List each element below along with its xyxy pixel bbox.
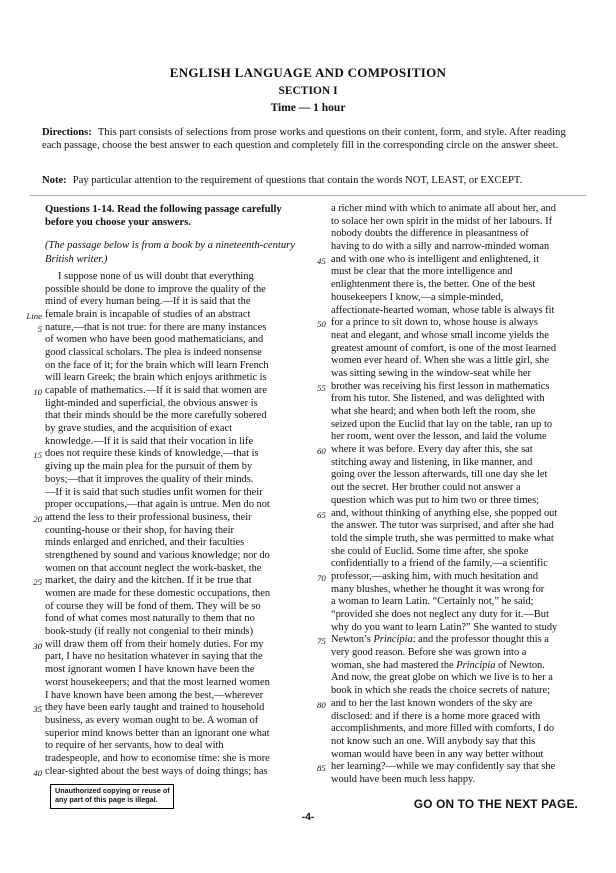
passage-line-text: would have been much less happy. bbox=[331, 774, 475, 787]
passage-line: many blushes, whether he thought it was … bbox=[317, 584, 601, 597]
passage-line: stitching away and listening, in like ma… bbox=[317, 457, 601, 470]
passage-line: 15does not require these kinds of knowle… bbox=[18, 448, 304, 461]
line-number: 35 bbox=[18, 702, 42, 715]
line-number: 75 bbox=[317, 634, 328, 647]
passage-line: seized upon the Euclid that lay on the t… bbox=[317, 419, 601, 432]
passage-line-text: business, as every woman ought to be. A … bbox=[45, 715, 258, 728]
passage-line: giving up the main plea for the pursuit … bbox=[18, 461, 304, 474]
line-number: 20 bbox=[18, 512, 42, 525]
line-number bbox=[18, 677, 42, 690]
passage-line-text: most ignorant women I have known have be… bbox=[45, 664, 255, 677]
line-number bbox=[18, 410, 42, 423]
passage-line-text: very good reason. Before she was grown i… bbox=[331, 647, 526, 660]
line-number: 60 bbox=[317, 444, 328, 457]
passage-line-text: worst housekeepers; and that the most le… bbox=[45, 677, 270, 690]
passage-right-column: a richer mind with which to animate all … bbox=[317, 203, 601, 787]
line-number bbox=[317, 749, 328, 762]
passage-line-text: her room, went over the lesson, and laid… bbox=[331, 431, 547, 444]
passage-line: counting-house or their shop, for having… bbox=[18, 525, 304, 538]
line-number bbox=[317, 660, 328, 673]
passage-line: 50for a prince to sit down to, whose hou… bbox=[317, 317, 601, 330]
passage-line: what she heard; and when both left the r… bbox=[317, 406, 601, 419]
passage-line-text: does not require these kinds of knowledg… bbox=[45, 448, 259, 461]
line-number: 15 bbox=[18, 448, 42, 461]
passage-line: on the face of it; for the brain which w… bbox=[18, 360, 304, 373]
passage-line: superior mind knows better than an ignor… bbox=[18, 728, 304, 741]
passage-line-text: to solace her own spirit in the midst of… bbox=[331, 216, 552, 229]
line-number bbox=[317, 355, 328, 368]
line-number bbox=[317, 292, 328, 305]
passage-line: will learn Greek; the brain which enjoys… bbox=[18, 372, 304, 385]
line-number bbox=[18, 753, 42, 766]
passage-line-text: Newton’s Principia: and the professor th… bbox=[331, 634, 549, 647]
passage-line: disclosed: and if there is a home more g… bbox=[317, 711, 601, 724]
passage-line-text: accomplishments, and more filled with co… bbox=[331, 723, 554, 736]
passage-line-text: they have been early taught and trained … bbox=[45, 702, 264, 715]
passage-line-text: capable of mathematics.—If it is said th… bbox=[45, 385, 267, 398]
line-number: 25 bbox=[18, 575, 42, 588]
passage-line-text: out the secret. Her brother could not an… bbox=[331, 482, 521, 495]
passage-line: 30will draw them off from their homely d… bbox=[18, 639, 304, 652]
line-number bbox=[317, 558, 328, 571]
line-number bbox=[18, 740, 42, 753]
line-number bbox=[317, 469, 328, 482]
line-number: 85 bbox=[317, 761, 328, 774]
passage-line: not know such an one. Will anybody say t… bbox=[317, 736, 601, 749]
line-number bbox=[18, 613, 42, 626]
passage-line-text: housekeepers I know,—a simple-minded, bbox=[331, 292, 503, 305]
line-number bbox=[317, 241, 328, 254]
line-number bbox=[317, 279, 328, 292]
passage-line-text: having to do with a silly and narrow-min… bbox=[331, 241, 549, 254]
passage-line-text: was sitting sewing in the window-seat wh… bbox=[331, 368, 531, 381]
passage-line: why do you want to learn Latin?” She wan… bbox=[317, 622, 601, 635]
line-number bbox=[317, 216, 328, 229]
passage-line-text: I suppose none of us will doubt that eve… bbox=[45, 271, 254, 284]
line-number bbox=[317, 736, 328, 749]
passage-line-text: knowledge.—If it is said that their voca… bbox=[45, 436, 253, 449]
passage-line-text: women ever heard of. When she was a litt… bbox=[331, 355, 549, 368]
line-number: 10 bbox=[18, 385, 42, 398]
passage-line-text: by grave studies, and the acquisition of… bbox=[45, 423, 232, 436]
passage-line: confidentially to a friend of the family… bbox=[317, 558, 601, 571]
passage-line: would have been much less happy. bbox=[317, 774, 601, 787]
passage-line-text: enlightenment there is, the better. One … bbox=[331, 279, 535, 292]
passage-line: business, as every woman ought to be. A … bbox=[18, 715, 304, 728]
line-number bbox=[18, 334, 42, 347]
passage-line-text: seized upon the Euclid that lay on the t… bbox=[331, 419, 552, 432]
note-label: Note: bbox=[42, 175, 67, 186]
passage-line: affectionate-hearted woman, whose table … bbox=[317, 305, 601, 318]
line-number bbox=[18, 651, 42, 664]
line-number bbox=[317, 596, 328, 609]
passage-line-text: stitching away and listening, in like ma… bbox=[331, 457, 532, 470]
exam-title: ENGLISH LANGUAGE AND COMPOSITION bbox=[0, 66, 616, 79]
passage-line: —If it is said that such studies unfit w… bbox=[18, 487, 304, 500]
line-number: 30 bbox=[18, 639, 42, 652]
passage-line-text: brother was receiving his first lesson i… bbox=[331, 381, 549, 394]
passage-line-text: a richer mind with which to animate all … bbox=[331, 203, 556, 216]
passage-line: book-study (if really not congenial to t… bbox=[18, 626, 304, 639]
line-number bbox=[317, 774, 328, 787]
line-number bbox=[317, 266, 328, 279]
passage-line-text: to require of her servants, how to deal … bbox=[45, 740, 224, 753]
line-number bbox=[317, 305, 328, 318]
passage-line-text: counting-house or their shop, for having… bbox=[45, 525, 234, 538]
line-number bbox=[317, 406, 328, 419]
page-number: -4- bbox=[0, 811, 616, 823]
copyright-notice: Unauthorized copying or reuse of any par… bbox=[50, 784, 174, 809]
line-number: 55 bbox=[317, 381, 328, 394]
line-number: 80 bbox=[317, 698, 328, 711]
passage-line: the answer. The tutor was surprised, and… bbox=[317, 520, 601, 533]
go-on-instruction: GO ON TO THE NEXT PAGE. bbox=[414, 797, 578, 811]
line-word-label: Line bbox=[18, 309, 42, 322]
passage-line-text: will learn Greek; the brain which enjoys… bbox=[45, 372, 267, 385]
line-number bbox=[317, 672, 328, 685]
line-number bbox=[317, 609, 328, 622]
passage-line: proper occupations,—that again is untrue… bbox=[18, 499, 304, 512]
passage-line: Linefemale brain is incapable of studies… bbox=[18, 309, 304, 322]
line-number bbox=[18, 550, 42, 563]
passage-line: 5nature,—that is not true: for there are… bbox=[18, 322, 304, 335]
passage-line: having to do with a silly and narrow-min… bbox=[317, 241, 601, 254]
line-number bbox=[18, 436, 42, 449]
passage-line-text: woman, she had mastered the Principia of… bbox=[331, 660, 545, 673]
directions-text: This part consists of selections from pr… bbox=[42, 127, 566, 151]
line-number bbox=[18, 601, 42, 614]
passage-line: out the secret. Her brother could not an… bbox=[317, 482, 601, 495]
passage-line: 75Newton’s Principia: and the professor … bbox=[317, 634, 601, 647]
passage-lines-right: a richer mind with which to animate all … bbox=[317, 203, 601, 787]
passage-line: good classical scholars. The plea is ind… bbox=[18, 347, 304, 360]
passage-line-text: market, the dairy and the kitchen. If it… bbox=[45, 575, 252, 588]
passage-line-text: “provided she does not neglect any duty … bbox=[331, 609, 549, 622]
passage-line-text: why do you want to learn Latin?” She wan… bbox=[331, 622, 557, 635]
line-number: 65 bbox=[317, 508, 328, 521]
passage-line: book in which she reads the choice secre… bbox=[317, 685, 601, 698]
passage-line: going over the lesson afterwards, till o… bbox=[317, 469, 601, 482]
exam-page: ENGLISH LANGUAGE AND COMPOSITION SECTION… bbox=[0, 0, 616, 873]
passage-line-text: question which was put to him two or thr… bbox=[331, 495, 539, 508]
line-number bbox=[18, 588, 42, 601]
passage-line: very good reason. Before she was grown i… bbox=[317, 647, 601, 660]
passage-line: from his tutor. She listened, and was de… bbox=[317, 393, 601, 406]
passage-line-text: I have known have been among the best,—w… bbox=[45, 690, 263, 703]
passage-line: knowledge.—If it is said that their voca… bbox=[18, 436, 304, 449]
directions-label: Directions: bbox=[42, 127, 92, 138]
passage-line-text: professor,—asking him, with much hesitat… bbox=[331, 571, 538, 584]
passage-lines-left: I suppose none of us will doubt that eve… bbox=[18, 271, 304, 779]
passage-left-column: Questions 1-14. Read the following passa… bbox=[18, 203, 304, 778]
line-number bbox=[317, 419, 328, 432]
passage-line: light-minded and superficial, the obviou… bbox=[18, 398, 304, 411]
passage-line-text: and, without thinking of anything else, … bbox=[331, 508, 557, 521]
passage-line: I have known have been among the best,—w… bbox=[18, 690, 304, 703]
passage-line-text: tradespeople, and how to economise time:… bbox=[45, 753, 270, 766]
passage-line-text: boys;—that it improves the quality of th… bbox=[45, 474, 253, 487]
passage-line-text: a woman to learn Latin. “Certainly not,”… bbox=[331, 596, 534, 609]
line-number bbox=[317, 393, 328, 406]
passage-line: fond of what comes most naturally to the… bbox=[18, 613, 304, 626]
passage-line-text: women are made for these domestic occupa… bbox=[45, 588, 270, 601]
line-number bbox=[18, 360, 42, 373]
passage-line: was sitting sewing in the window-seat wh… bbox=[317, 368, 601, 381]
passage-line-text: many blushes, whether he thought it was … bbox=[331, 584, 544, 597]
passage-line: of course they will be fond of them. The… bbox=[18, 601, 304, 614]
passage-line-text: nobody doubts the difference in pleasant… bbox=[331, 228, 529, 241]
passage-line-text: woman would have been in any way better … bbox=[331, 749, 543, 762]
passage-line-text: affectionate-hearted woman, whose table … bbox=[331, 305, 554, 318]
section-heading: SECTION I bbox=[0, 85, 616, 97]
line-number bbox=[18, 563, 42, 576]
passage-line-text: mind of every human being.—If it is said… bbox=[45, 296, 250, 309]
line-number bbox=[18, 537, 42, 550]
passage-line: 45and with one who is intelligent and en… bbox=[317, 254, 601, 267]
passage-line: woman would have been in any way better … bbox=[317, 749, 601, 762]
passage-line: minds enlarged and enriched, and their f… bbox=[18, 537, 304, 550]
line-number bbox=[317, 203, 328, 216]
passage-line-text: attend the less to their professional bu… bbox=[45, 512, 252, 525]
divider-rule bbox=[30, 195, 586, 196]
passage-line-text: told the simple truth, she was permitted… bbox=[331, 533, 554, 546]
passage-line: accomplishments, and more filled with co… bbox=[317, 723, 601, 736]
passage-line: she could of Euclid. Some time after, sh… bbox=[317, 546, 601, 559]
passage-line: “provided she does not neglect any duty … bbox=[317, 609, 601, 622]
passage-line: boys;—that it improves the quality of th… bbox=[18, 474, 304, 487]
passage-line-text: strengthened by sound and various knowle… bbox=[45, 550, 270, 563]
passage-line: worst housekeepers; and that the most le… bbox=[18, 677, 304, 690]
passage-line-text: fond of what comes most naturally to the… bbox=[45, 613, 255, 626]
line-number: 5 bbox=[18, 322, 42, 335]
line-number bbox=[18, 690, 42, 703]
passage-line-text: she could of Euclid. Some time after, sh… bbox=[331, 546, 529, 559]
passage-line: to solace her own spirit in the midst of… bbox=[317, 216, 601, 229]
line-number bbox=[317, 330, 328, 343]
line-number bbox=[317, 431, 328, 444]
passage-line-text: giving up the main plea for the pursuit … bbox=[45, 461, 252, 474]
passage-line: question which was put to him two or thr… bbox=[317, 495, 601, 508]
passage-line: part, I have no hesitation whatever in s… bbox=[18, 651, 304, 664]
passage-line-text: —If it is said that such studies unfit w… bbox=[45, 487, 263, 500]
passage-line-text: what she heard; and when both left the r… bbox=[331, 406, 535, 419]
passage-line-text: the answer. The tutor was surprised, and… bbox=[331, 520, 554, 533]
passage-line-text: disclosed: and if there is a home more g… bbox=[331, 711, 540, 724]
line-number bbox=[18, 626, 42, 639]
passage-line: 40clear-sighted about the best ways of d… bbox=[18, 766, 304, 779]
line-number: 40 bbox=[18, 766, 42, 779]
passage-line-text: part, I have no hesitation whatever in s… bbox=[45, 651, 263, 664]
passage-line-text: that their minds should be the more care… bbox=[45, 410, 267, 423]
passage-line: women ever heard of. When she was a litt… bbox=[317, 355, 601, 368]
page-header: ENGLISH LANGUAGE AND COMPOSITION SECTION… bbox=[0, 66, 616, 114]
passage-line: possible should be done to improve the q… bbox=[18, 284, 304, 297]
passage-line-text: proper occupations,—that again is untrue… bbox=[45, 499, 270, 512]
passage-line-text: must be clear that the more intelligence… bbox=[331, 266, 512, 279]
passage-line: told the simple truth, she was permitted… bbox=[317, 533, 601, 546]
passage-line-text: neat and elegant, and whose small income… bbox=[331, 330, 549, 343]
time-allotment: Time — 1 hour bbox=[0, 102, 616, 114]
source-note: (The passage below is from a book by a n… bbox=[45, 239, 297, 265]
passage-line-text: on the face of it; for the brain which w… bbox=[45, 360, 269, 373]
line-number bbox=[317, 520, 328, 533]
passage-line: 85her learning?—while we may confidently… bbox=[317, 761, 601, 774]
passage-line: 65and, without thinking of anything else… bbox=[317, 508, 601, 521]
passage-line: 25market, the dairy and the kitchen. If … bbox=[18, 575, 304, 588]
line-number bbox=[18, 487, 42, 500]
passage-line: women on that account neglect the work-b… bbox=[18, 563, 304, 576]
line-number bbox=[317, 584, 328, 597]
passage-line-text: book-study (if really not congenial to t… bbox=[45, 626, 253, 639]
passage-line-text: of course they will be fond of them. The… bbox=[45, 601, 261, 614]
passage-line: that their minds should be the more care… bbox=[18, 410, 304, 423]
passage-line-text: greatest amount of comfort, is one of th… bbox=[331, 343, 556, 356]
passage-line: tradespeople, and how to economise time:… bbox=[18, 753, 304, 766]
passage-line: 80and to her the last known wonders of t… bbox=[317, 698, 601, 711]
note-text: Pay particular attention to the requirem… bbox=[73, 175, 523, 186]
line-number bbox=[317, 546, 328, 559]
passage-line: greatest amount of comfort, is one of th… bbox=[317, 343, 601, 356]
line-number bbox=[18, 525, 42, 538]
line-number bbox=[18, 474, 42, 487]
passage-line: And now, the great globe on which we liv… bbox=[317, 672, 601, 685]
passage-line: 10capable of mathematics.—If it is said … bbox=[18, 385, 304, 398]
passage-line-text: And now, the great globe on which we liv… bbox=[331, 672, 553, 685]
line-number bbox=[18, 664, 42, 677]
passage-line-text: and to her the last known wonders of the… bbox=[331, 698, 532, 711]
passage-line: by grave studies, and the acquisition of… bbox=[18, 423, 304, 436]
passage-line-text: of women who have been good mathematicia… bbox=[45, 334, 263, 347]
passage-line: nobody doubts the difference in pleasant… bbox=[317, 228, 601, 241]
passage-line: enlightenment there is, the better. One … bbox=[317, 279, 601, 292]
line-number bbox=[18, 296, 42, 309]
line-number bbox=[18, 715, 42, 728]
line-number bbox=[18, 372, 42, 385]
line-number bbox=[317, 495, 328, 508]
passage-line: of women who have been good mathematicia… bbox=[18, 334, 304, 347]
passage-line-text: possible should be done to improve the q… bbox=[45, 284, 266, 297]
passage-line-text: where it was before. Every day after thi… bbox=[331, 444, 533, 457]
line-number bbox=[317, 533, 328, 546]
passage-line: neat and elegant, and whose small income… bbox=[317, 330, 601, 343]
passage-line: strengthened by sound and various knowle… bbox=[18, 550, 304, 563]
passage-line: 55brother was receiving his first lesson… bbox=[317, 381, 601, 394]
line-number bbox=[317, 685, 328, 698]
line-number bbox=[18, 728, 42, 741]
passage-line-text: good classical scholars. The plea is ind… bbox=[45, 347, 262, 360]
passage-line: 35they have been early taught and traine… bbox=[18, 702, 304, 715]
passage-line-text: her learning?—while we may confidently s… bbox=[331, 761, 555, 774]
passage-line: a woman to learn Latin. “Certainly not,”… bbox=[317, 596, 601, 609]
line-number: 70 bbox=[317, 571, 328, 584]
line-number bbox=[18, 271, 42, 284]
passage-line: mind of every human being.—If it is said… bbox=[18, 296, 304, 309]
note-paragraph: Note:Pay particular attention to the req… bbox=[42, 174, 576, 187]
line-number: 50 bbox=[317, 317, 328, 330]
passage-line: must be clear that the more intelligence… bbox=[317, 266, 601, 279]
passage-line-text: from his tutor. She listened, and was de… bbox=[331, 393, 545, 406]
line-number bbox=[18, 398, 42, 411]
line-number bbox=[317, 457, 328, 470]
passage-line-text: and with one who is intelligent and enli… bbox=[331, 254, 539, 267]
passage-line-text: nature,—that is not true: for there are … bbox=[45, 322, 266, 335]
passage-line-text: not know such an one. Will anybody say t… bbox=[331, 736, 535, 749]
passage-line: 70professor,—asking him, with much hesit… bbox=[317, 571, 601, 584]
passage-line: her room, went over the lesson, and laid… bbox=[317, 431, 601, 444]
copyright-text: Unauthorized copying or reuse of any par… bbox=[55, 786, 170, 804]
passage-line-text: will draw them off from their homely dut… bbox=[45, 639, 264, 652]
passage-line-text: superior mind knows better than an ignor… bbox=[45, 728, 270, 741]
passage-line-text: minds enlarged and enriched, and their f… bbox=[45, 537, 244, 550]
line-number bbox=[317, 723, 328, 736]
line-number bbox=[18, 423, 42, 436]
questions-heading: Questions 1-14. Read the following passa… bbox=[45, 203, 297, 229]
line-number bbox=[317, 711, 328, 724]
line-number bbox=[18, 347, 42, 360]
line-number bbox=[317, 368, 328, 381]
passage-line: 60where it was before. Every day after t… bbox=[317, 444, 601, 457]
passage-line: housekeepers I know,—a simple-minded, bbox=[317, 292, 601, 305]
passage-line: to require of her servants, how to deal … bbox=[18, 740, 304, 753]
line-number bbox=[18, 284, 42, 297]
passage-line: women are made for these domestic occupa… bbox=[18, 588, 304, 601]
passage-line-text: female brain is incapable of studies of … bbox=[45, 309, 250, 322]
line-number bbox=[317, 647, 328, 660]
passage-line-text: confidentially to a friend of the family… bbox=[331, 558, 548, 571]
line-number bbox=[317, 343, 328, 356]
passage-line: woman, she had mastered the Principia of… bbox=[317, 660, 601, 673]
line-number bbox=[317, 482, 328, 495]
passage-line-text: clear-sighted about the best ways of doi… bbox=[45, 766, 268, 779]
passage-line-text: women on that account neglect the work-b… bbox=[45, 563, 261, 576]
passage-line: most ignorant women I have known have be… bbox=[18, 664, 304, 677]
line-number bbox=[317, 228, 328, 241]
directions-paragraph: Directions:This part consists of selecti… bbox=[42, 126, 576, 153]
line-number bbox=[18, 461, 42, 474]
line-number bbox=[18, 499, 42, 512]
passage-line: a richer mind with which to animate all … bbox=[317, 203, 601, 216]
passage-line-text: going over the lesson afterwards, till o… bbox=[331, 469, 547, 482]
line-number: 45 bbox=[317, 254, 328, 267]
passage-line-text: book in which she reads the choice secre… bbox=[331, 685, 550, 698]
passage-line-text: light-minded and superficial, the obviou… bbox=[45, 398, 258, 411]
passage-line: 20attend the less to their professional … bbox=[18, 512, 304, 525]
passage-line-text: for a prince to sit down to, whose house… bbox=[331, 317, 538, 330]
line-number bbox=[317, 622, 328, 635]
passage-line: I suppose none of us will doubt that eve… bbox=[18, 271, 304, 284]
